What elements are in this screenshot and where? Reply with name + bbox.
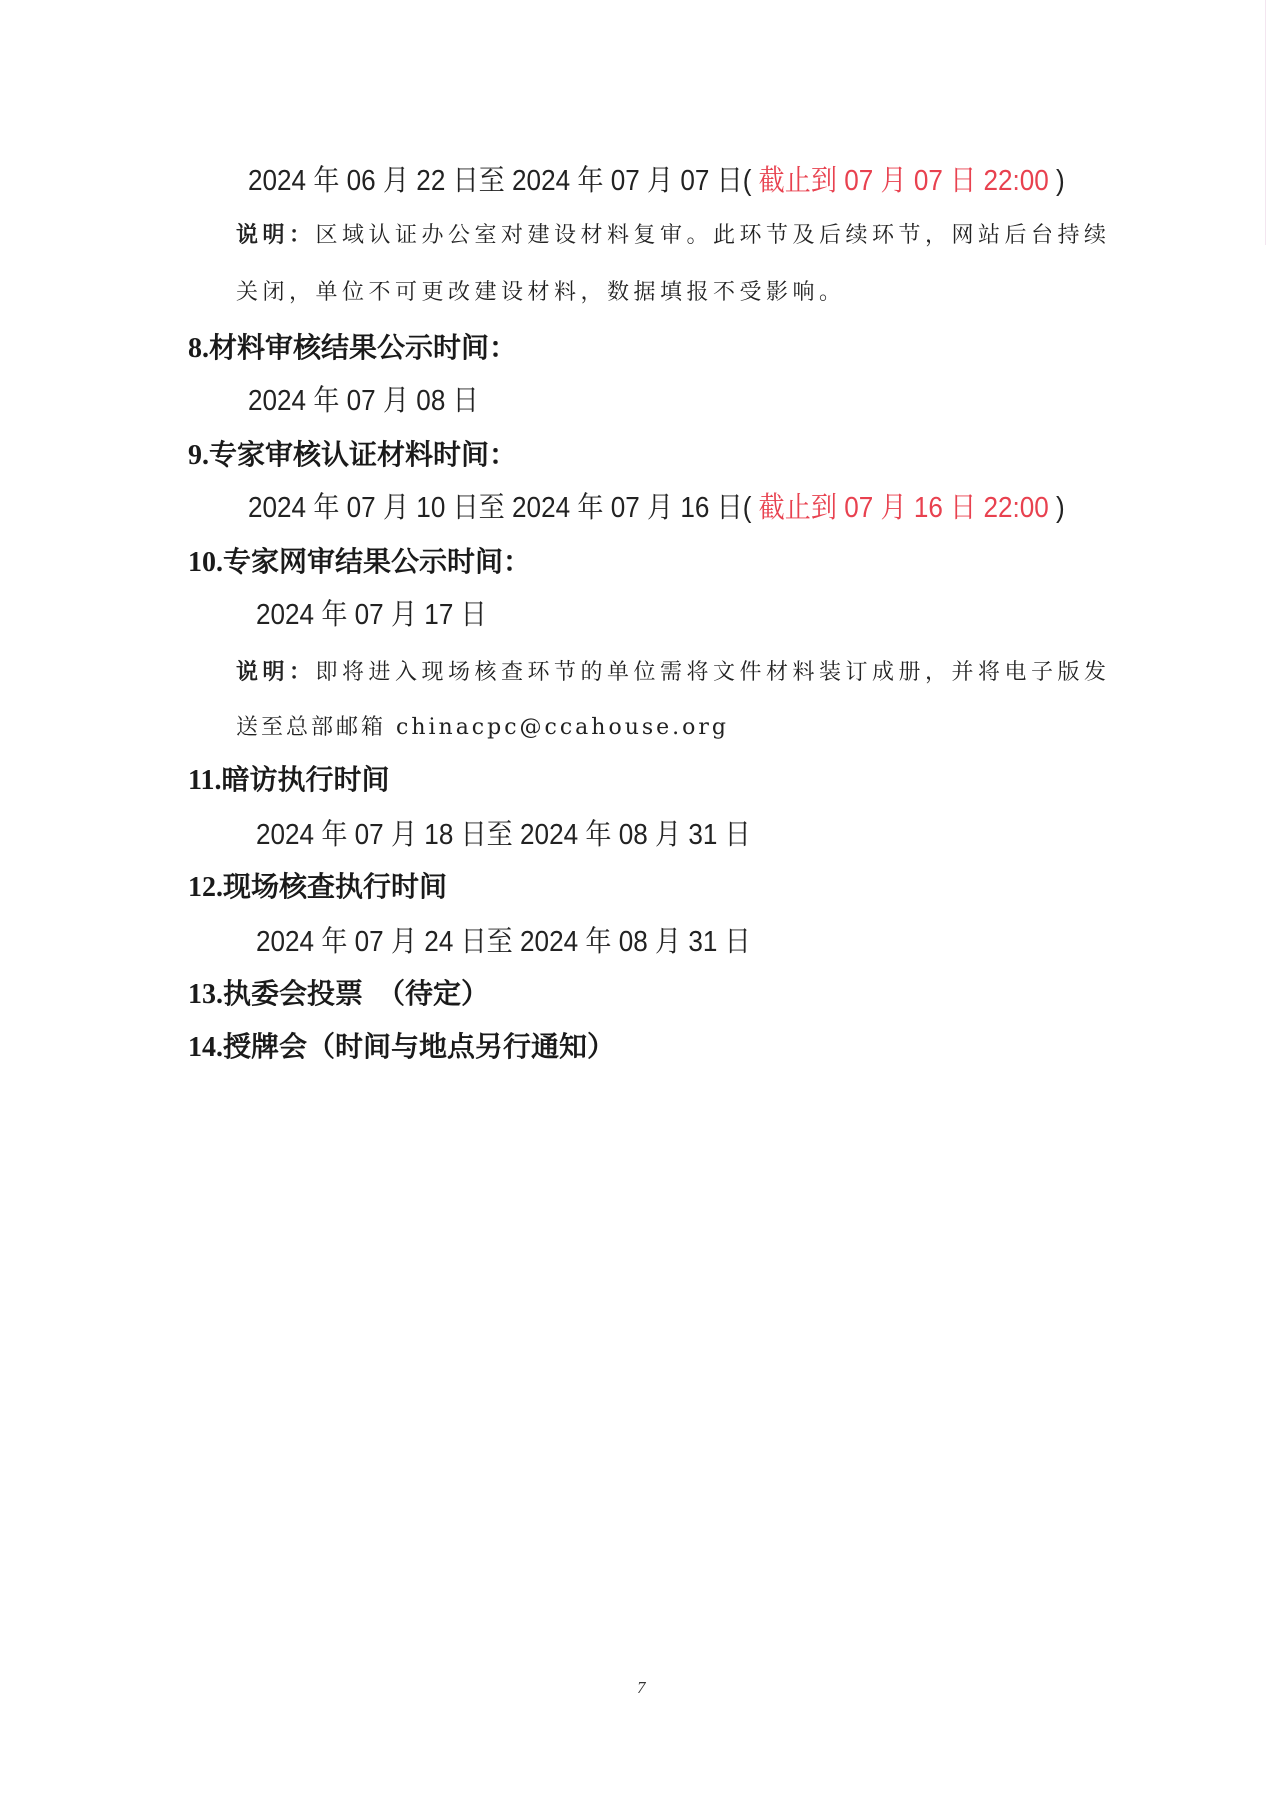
scan-edge-line bbox=[1265, 0, 1266, 245]
heading-13: 13.执委会投票 （待定） bbox=[188, 972, 489, 1012]
date-range: 2024 年 06 月 22 日至 2024 年 07 月 07 日( bbox=[248, 165, 751, 197]
note-onsite: 说明：即将进入现场核查环节的单位需将文件材料装订成册，并将电子版发 bbox=[236, 655, 1111, 686]
heading-number: 13. bbox=[188, 979, 223, 1010]
date-text: 2024 年 07 月 08 日 bbox=[248, 385, 479, 417]
closing-paren: ) bbox=[1049, 165, 1065, 197]
heading-9: 9.专家审核认证材料时间： bbox=[188, 433, 517, 473]
date-text: 2024 年 07 月 17 日 bbox=[256, 599, 487, 631]
date-12: 2024 年 07 月 24 日至 2024 年 08 月 31 日 bbox=[256, 919, 751, 960]
note-email-text: 送至总部邮箱 chinacpc@ccahouse.org bbox=[236, 715, 729, 740]
note-onsite-cont: 送至总部邮箱 chinacpc@ccahouse.org bbox=[236, 710, 729, 741]
heading-text: 材料审核结果公示时间： bbox=[209, 331, 517, 364]
date-text: 2024 年 07 月 18 日至 2024 年 08 月 31 日 bbox=[256, 819, 751, 851]
heading-12: 12.现场核查执行时间 bbox=[188, 865, 447, 905]
heading-number: 12. bbox=[188, 872, 223, 903]
heading-8: 8.材料审核结果公示时间： bbox=[188, 326, 517, 366]
date-11: 2024 年 07 月 18 日至 2024 年 08 月 31 日 bbox=[256, 812, 751, 853]
note-text: 即将进入现场核查环节的单位需将文件材料装订成册，并将电子版发 bbox=[316, 660, 1111, 685]
date-8: 2024 年 07 月 08 日 bbox=[248, 378, 479, 419]
review-period-date: 2024 年 06 月 22 日至 2024 年 07 月 07 日( 截止到 … bbox=[248, 158, 1065, 199]
heading-text: 执委会投票 （待定） bbox=[223, 977, 489, 1010]
heading-text: 授牌会（时间与地点另行通知） bbox=[223, 1030, 615, 1063]
page-number: 7 bbox=[637, 1678, 646, 1698]
date-range: 2024 年 07 月 10 日至 2024 年 07 月 16 日( bbox=[248, 492, 751, 524]
heading-number: 8. bbox=[188, 333, 209, 364]
heading-number: 14. bbox=[188, 1032, 223, 1063]
note-text: 关闭，单位不可更改建设材料，数据填报不受影响。 bbox=[236, 280, 846, 305]
deadline-text: 截止到 07 月 16 日 22:00 bbox=[751, 492, 1048, 524]
note-review-cont: 关闭，单位不可更改建设材料，数据填报不受影响。 bbox=[236, 275, 846, 306]
heading-text: 专家网审结果公示时间： bbox=[223, 545, 531, 578]
heading-text: 现场核查执行时间 bbox=[223, 870, 447, 903]
note-review: 说明：区域认证办公室对建设材料复审。此环节及后续环节，网站后台持续 bbox=[236, 218, 1111, 249]
note-text: 区域认证办公室对建设材料复审。此环节及后续环节，网站后台持续 bbox=[316, 223, 1111, 248]
note-label: 说明： bbox=[236, 659, 316, 685]
date-10: 2024 年 07 月 17 日 bbox=[256, 592, 487, 633]
date-text: 2024 年 07 月 24 日至 2024 年 08 月 31 日 bbox=[256, 926, 751, 958]
heading-text: 暗访执行时间 bbox=[221, 763, 389, 796]
heading-10: 10.专家网审结果公示时间： bbox=[188, 540, 531, 580]
heading-14: 14.授牌会（时间与地点另行通知） bbox=[188, 1025, 615, 1065]
heading-11: 11.暗访执行时间 bbox=[188, 758, 389, 798]
heading-number: 10. bbox=[188, 547, 223, 578]
deadline-text: 截止到 07 月 07 日 22:00 bbox=[751, 165, 1048, 197]
heading-number: 11. bbox=[188, 765, 221, 796]
closing-paren: ) bbox=[1049, 492, 1065, 524]
heading-text: 专家审核认证材料时间： bbox=[209, 438, 517, 471]
date-9: 2024 年 07 月 10 日至 2024 年 07 月 16 日( 截止到 … bbox=[248, 485, 1065, 526]
note-label: 说明： bbox=[236, 222, 316, 248]
heading-number: 9. bbox=[188, 440, 209, 471]
